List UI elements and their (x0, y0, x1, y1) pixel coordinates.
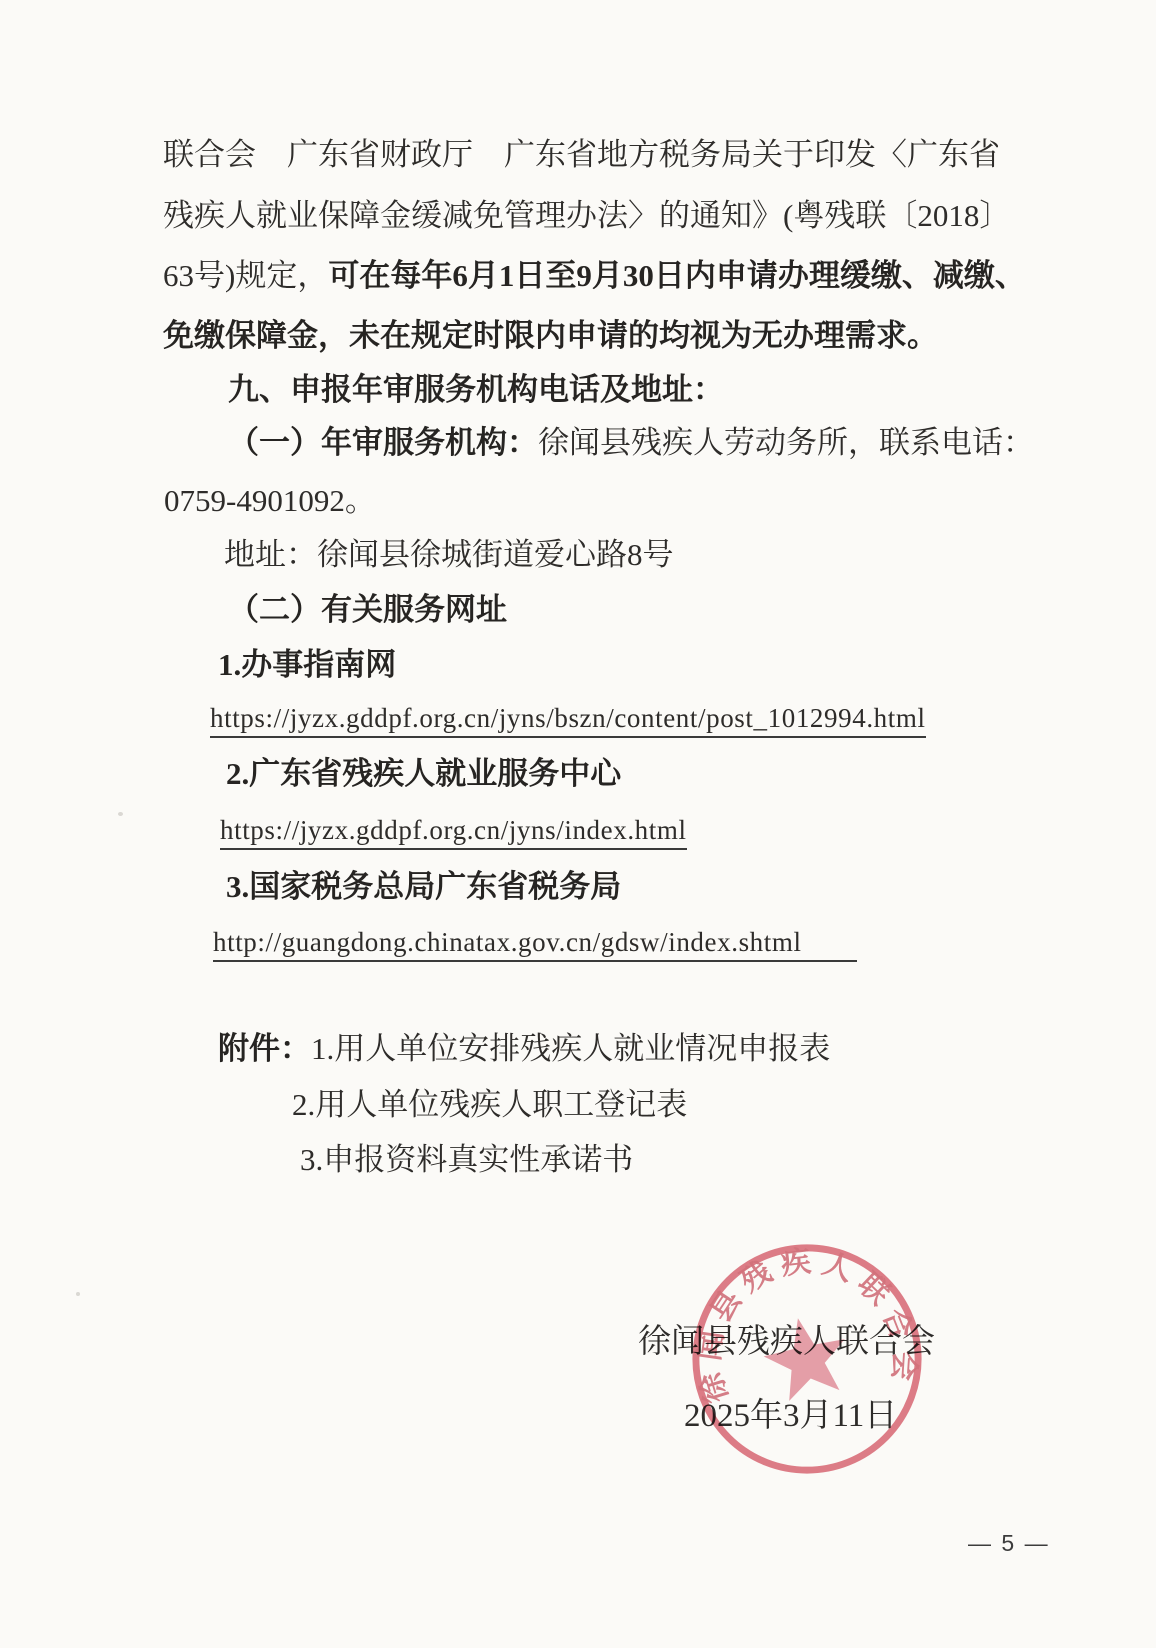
paragraph-text: 残疾人就业保障金缓减免管理办法〉的通知》(粤残联〔2018〕 (163, 198, 1010, 233)
hyperlink[interactable]: https://jyzx.gddpf.org.cn/jyns/bszn/cont… (210, 703, 926, 738)
scan-speck (118, 812, 123, 816)
hyperlink[interactable]: http://guangdong.chinatax.gov.cn/gdsw/in… (213, 927, 857, 962)
document-page: 联合会 广东省财政厅 广东省地方税务局关于印发〈广东省 残疾人就业保障金缓减免管… (0, 0, 1156, 1648)
signature-org: 徐闻县残疾人联合会 (638, 1322, 935, 1363)
link-title-1: 1.办事指南网 (218, 646, 396, 685)
signature-date: 2025年3月11日 (684, 1396, 897, 1437)
phone-number: 0759-4901092。 (164, 482, 376, 521)
paragraph-line-2: 残疾人就业保障金缓减免管理办法〉的通知》(粤残联〔2018〕 (163, 197, 1010, 236)
attachments-label: 附件： (218, 1031, 311, 1066)
paragraph-text-emphasis: 免缴保障金，未在规定时限内申请的均视为无办理需求。 (163, 318, 938, 353)
scan-speck (76, 1292, 80, 1296)
subsection-heading: （二）有关服务网址 (228, 591, 507, 630)
attachment-item: 3.申报资料真实性承诺书 (300, 1142, 633, 1177)
attachments-line-1: 附件：1.用人单位安排残疾人就业情况申报表 (218, 1030, 830, 1069)
link-url-3: http://guangdong.chinatax.gov.cn/gdsw/in… (213, 922, 857, 961)
section-heading: 九、申报年审服务机构电话及地址： (228, 371, 724, 410)
paragraph-line-1: 联合会 广东省财政厅 广东省地方税务局关于印发〈广东省 (163, 136, 1000, 175)
subsection-label: （一）年审服务机构： (228, 425, 538, 460)
link-url-1: https://jyzx.gddpf.org.cn/jyns/bszn/cont… (210, 698, 926, 737)
link-title-2: 2.广东省残疾人就业服务中心 (226, 755, 621, 794)
seal-arc-text: 徐闻县残疾人联合会 (683, 1235, 924, 1408)
service-agency-line: （一）年审服务机构：徐闻县残疾人劳动务所，联系电话： (228, 424, 1034, 463)
agency-name-text: 徐闻县残疾人劳动务所，联系电话： (538, 425, 1034, 460)
attachment-item: 2.用人单位残疾人职工登记表 (292, 1087, 687, 1122)
hyperlink[interactable]: https://jyzx.gddpf.org.cn/jyns/index.htm… (220, 815, 687, 850)
link-url-2: https://jyzx.gddpf.org.cn/jyns/index.htm… (220, 810, 687, 849)
attachments-line-3: 3.申报资料真实性承诺书 (300, 1141, 633, 1180)
paragraph-text: 联合会 广东省财政厅 广东省地方税务局关于印发〈广东省 (163, 137, 1000, 172)
paragraph-text: 63号)规定， (163, 258, 328, 293)
attachments-line-2: 2.用人单位残疾人职工登记表 (292, 1086, 687, 1125)
paragraph-text-emphasis: 可在每年6月1日至9月30日内申请办理缓缴、减缴、 (328, 258, 1026, 293)
paragraph-line-3: 63号)规定，可在每年6月1日至9月30日内申请办理缓缴、减缴、 (163, 257, 1026, 296)
page-number: — 5 — (968, 1530, 1050, 1557)
link-title-3: 3.国家税务总局广东省税务局 (226, 868, 621, 907)
address-line: 地址：徐闻县徐城街道爱心路8号 (224, 536, 674, 575)
attachment-item: 1.用人单位安排残疾人就业情况申报表 (311, 1031, 830, 1066)
paragraph-line-4: 免缴保障金，未在规定时限内申请的均视为无办理需求。 (163, 317, 938, 356)
